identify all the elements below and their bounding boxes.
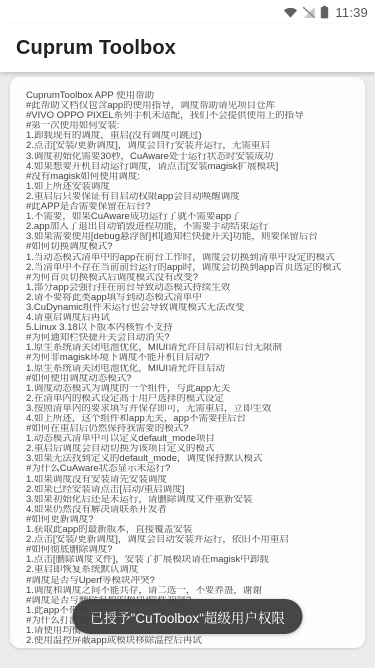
help-line: 4.请重启调度后再试 <box>26 313 349 323</box>
toast-message: 已授予"CuToolbox"超级用户权限 <box>90 607 285 627</box>
help-line: CuprumToolbox APP 使用帮助 <box>26 91 349 101</box>
help-line: 2.如果已经安装请点击[启动/重启调度] <box>26 485 349 495</box>
help-line: #如何彻底删除调度? <box>26 545 349 555</box>
help-line: 3.CuDynamic组件未运行也会导致调度模式无法改变 <box>26 303 349 313</box>
help-line: 1.如上所述安装调度 <box>26 182 349 192</box>
status-time: 11:39 <box>335 5 368 20</box>
help-line: 1.调度和调度之间不能共存，请二选一，不要养蛊，谢谢 <box>26 586 349 596</box>
help-line: 1.部分app会强行挂在前台导致动态模式持续生效 <box>26 283 349 293</box>
help-line: 2.请不要将此类app填写到动态模式清单中 <box>26 293 349 303</box>
help-line: #为何首页切换模式后调度模式没有改变? <box>26 273 349 283</box>
help-line: 1.获取此app的最新版本，直接覆盖安装 <box>26 525 349 535</box>
page-title: Cuprum Toolbox <box>16 37 176 60</box>
help-line: #VIVO OPPO PIXEL系列手机未适配，我们不会提供使用上的指导 <box>26 111 349 121</box>
status-bar: 11:39 <box>0 0 375 24</box>
help-line: 3.如果初始化后还是未运行，请删除调度文件重新安装 <box>26 495 349 505</box>
help-line: 2.点击[安装/更新调度]，调度会自动安装并运行，依旧不用重启 <box>26 535 349 545</box>
help-line: #没有magisk如何使用调度: <box>26 172 349 182</box>
help-line: #如何切换调度模式? <box>26 242 349 252</box>
help-line: #如何更新调度? <box>26 515 349 525</box>
help-line: 1.点击[删除调度文件]，安装了扩展模块请在magisk中卸载 <box>26 555 349 565</box>
help-line: #调度是否与Uperf等模块冲突? <box>26 576 349 586</box>
help-line: 1.动态模式清单中可以定义default_mode项目 <box>26 434 349 444</box>
help-line: 1.卸载现有的调度，重启(没有调度可跳过) <box>26 131 349 141</box>
help-line: #第一次使用如何安装: <box>26 121 349 131</box>
app-bar: Cuprum Toolbox <box>0 24 375 72</box>
content-area[interactable]: CuprumToolbox APP 使用帮助#此帮助文档仅包含app的使用指导，… <box>0 77 375 648</box>
help-line: 2.app加入了退出自动销毁进程功能，不需要手动结束运行 <box>26 222 349 232</box>
help-line: 3.按照清单内的要求填写并保存即可，无需重启，立即生效 <box>26 404 349 414</box>
help-line: 4.如果想要开机自动运行调度，请点击[安装magisk扩展模块] <box>26 162 349 172</box>
help-line: 2.点击[安装/更新调度]，调度会自行安装并运行，无需重启 <box>26 141 349 151</box>
help-line: 3.如果无法找到定义的default_mode，调度保持默认模式 <box>26 454 349 464</box>
help-line: 3.如果需要使用[debug悬浮窗]和[通知栏快捷开关]功能，则要保留后台 <box>26 232 349 242</box>
help-line: 3.调度初始化需要30秒，CuAware处于运行状态时安装成功 <box>26 152 349 162</box>
help-line: #此APP是否需要保留在后台? <box>26 202 349 212</box>
help-text: CuprumToolbox APP 使用帮助#此帮助文档仅包含app的使用指导，… <box>26 91 349 646</box>
cellular-no-signal-icon <box>302 6 316 19</box>
help-line: 2.在清单内的模式设定高于用户选择的模式设定 <box>26 394 349 404</box>
help-line: 2.当清单中不存在当前前台运行的app时，调度会切换到app首页选定的模式 <box>26 263 349 273</box>
wifi-icon <box>283 6 298 19</box>
phone-screen: 11:39 Cuprum Toolbox CuprumToolbox APP 使… <box>0 0 375 668</box>
help-line: #如何使用调度动态模式? <box>26 374 349 384</box>
help-line: 1.当动态模式清单中的app在前台工作时，调度会切换到清单中设定的模式 <box>26 253 349 263</box>
help-line: 2.重启即恢复系统默认调度 <box>26 565 349 575</box>
help-line: 4.如果仍然没有解决请联系开发者 <box>26 505 349 515</box>
help-line: 4.如上所述，这个组件和app无关，app不需要挂后台 <box>26 414 349 424</box>
help-line: 1.原生系统请关闭电池优化，MIUI请允许自启动 <box>26 364 349 374</box>
help-line: 1.如果调度没有安装请先安装调度 <box>26 475 349 485</box>
help-line: #为何通知栏快捷开关会自动消失? <box>26 333 349 343</box>
help-line: 2.重启后调度会自动切换为该项目定义的模式 <box>26 444 349 454</box>
help-line: 2.使用温控屏蔽app或模块移除温控后再试 <box>26 636 349 646</box>
help-line: #为什么CuAware状态显示未运行? <box>26 464 349 474</box>
help-line: 2.重启后只要保证有自启动权限app会自动唤醒调度 <box>26 192 349 202</box>
help-line: #为何非magisk环境下调度不能开机自启动? <box>26 353 349 363</box>
superuser-granted-toast: 已授予"CuToolbox"超级用户权限 <box>72 599 303 634</box>
help-line: 1.不需要，如果CuAware成功运行了就不需要app了 <box>26 212 349 222</box>
battery-icon <box>320 5 329 19</box>
help-line: 5.Linux 3.18以下版本内核暂不支持 <box>26 323 349 333</box>
help-line: #此帮助文档仅包含app的使用指导，调度帮助请见项目仓库 <box>26 101 349 111</box>
help-line: #如何在重启后仍然保持我需要的模式? <box>26 424 349 434</box>
help-card[interactable]: CuprumToolbox APP 使用帮助#此帮助文档仅包含app的使用指导，… <box>10 77 365 648</box>
help-line: 1.调度动态模式为调度的一个组件，与此app无关 <box>26 384 349 394</box>
help-line: 1.原生系统请关闭电池优化，MIUI请允许自启动和后台无限制 <box>26 343 349 353</box>
